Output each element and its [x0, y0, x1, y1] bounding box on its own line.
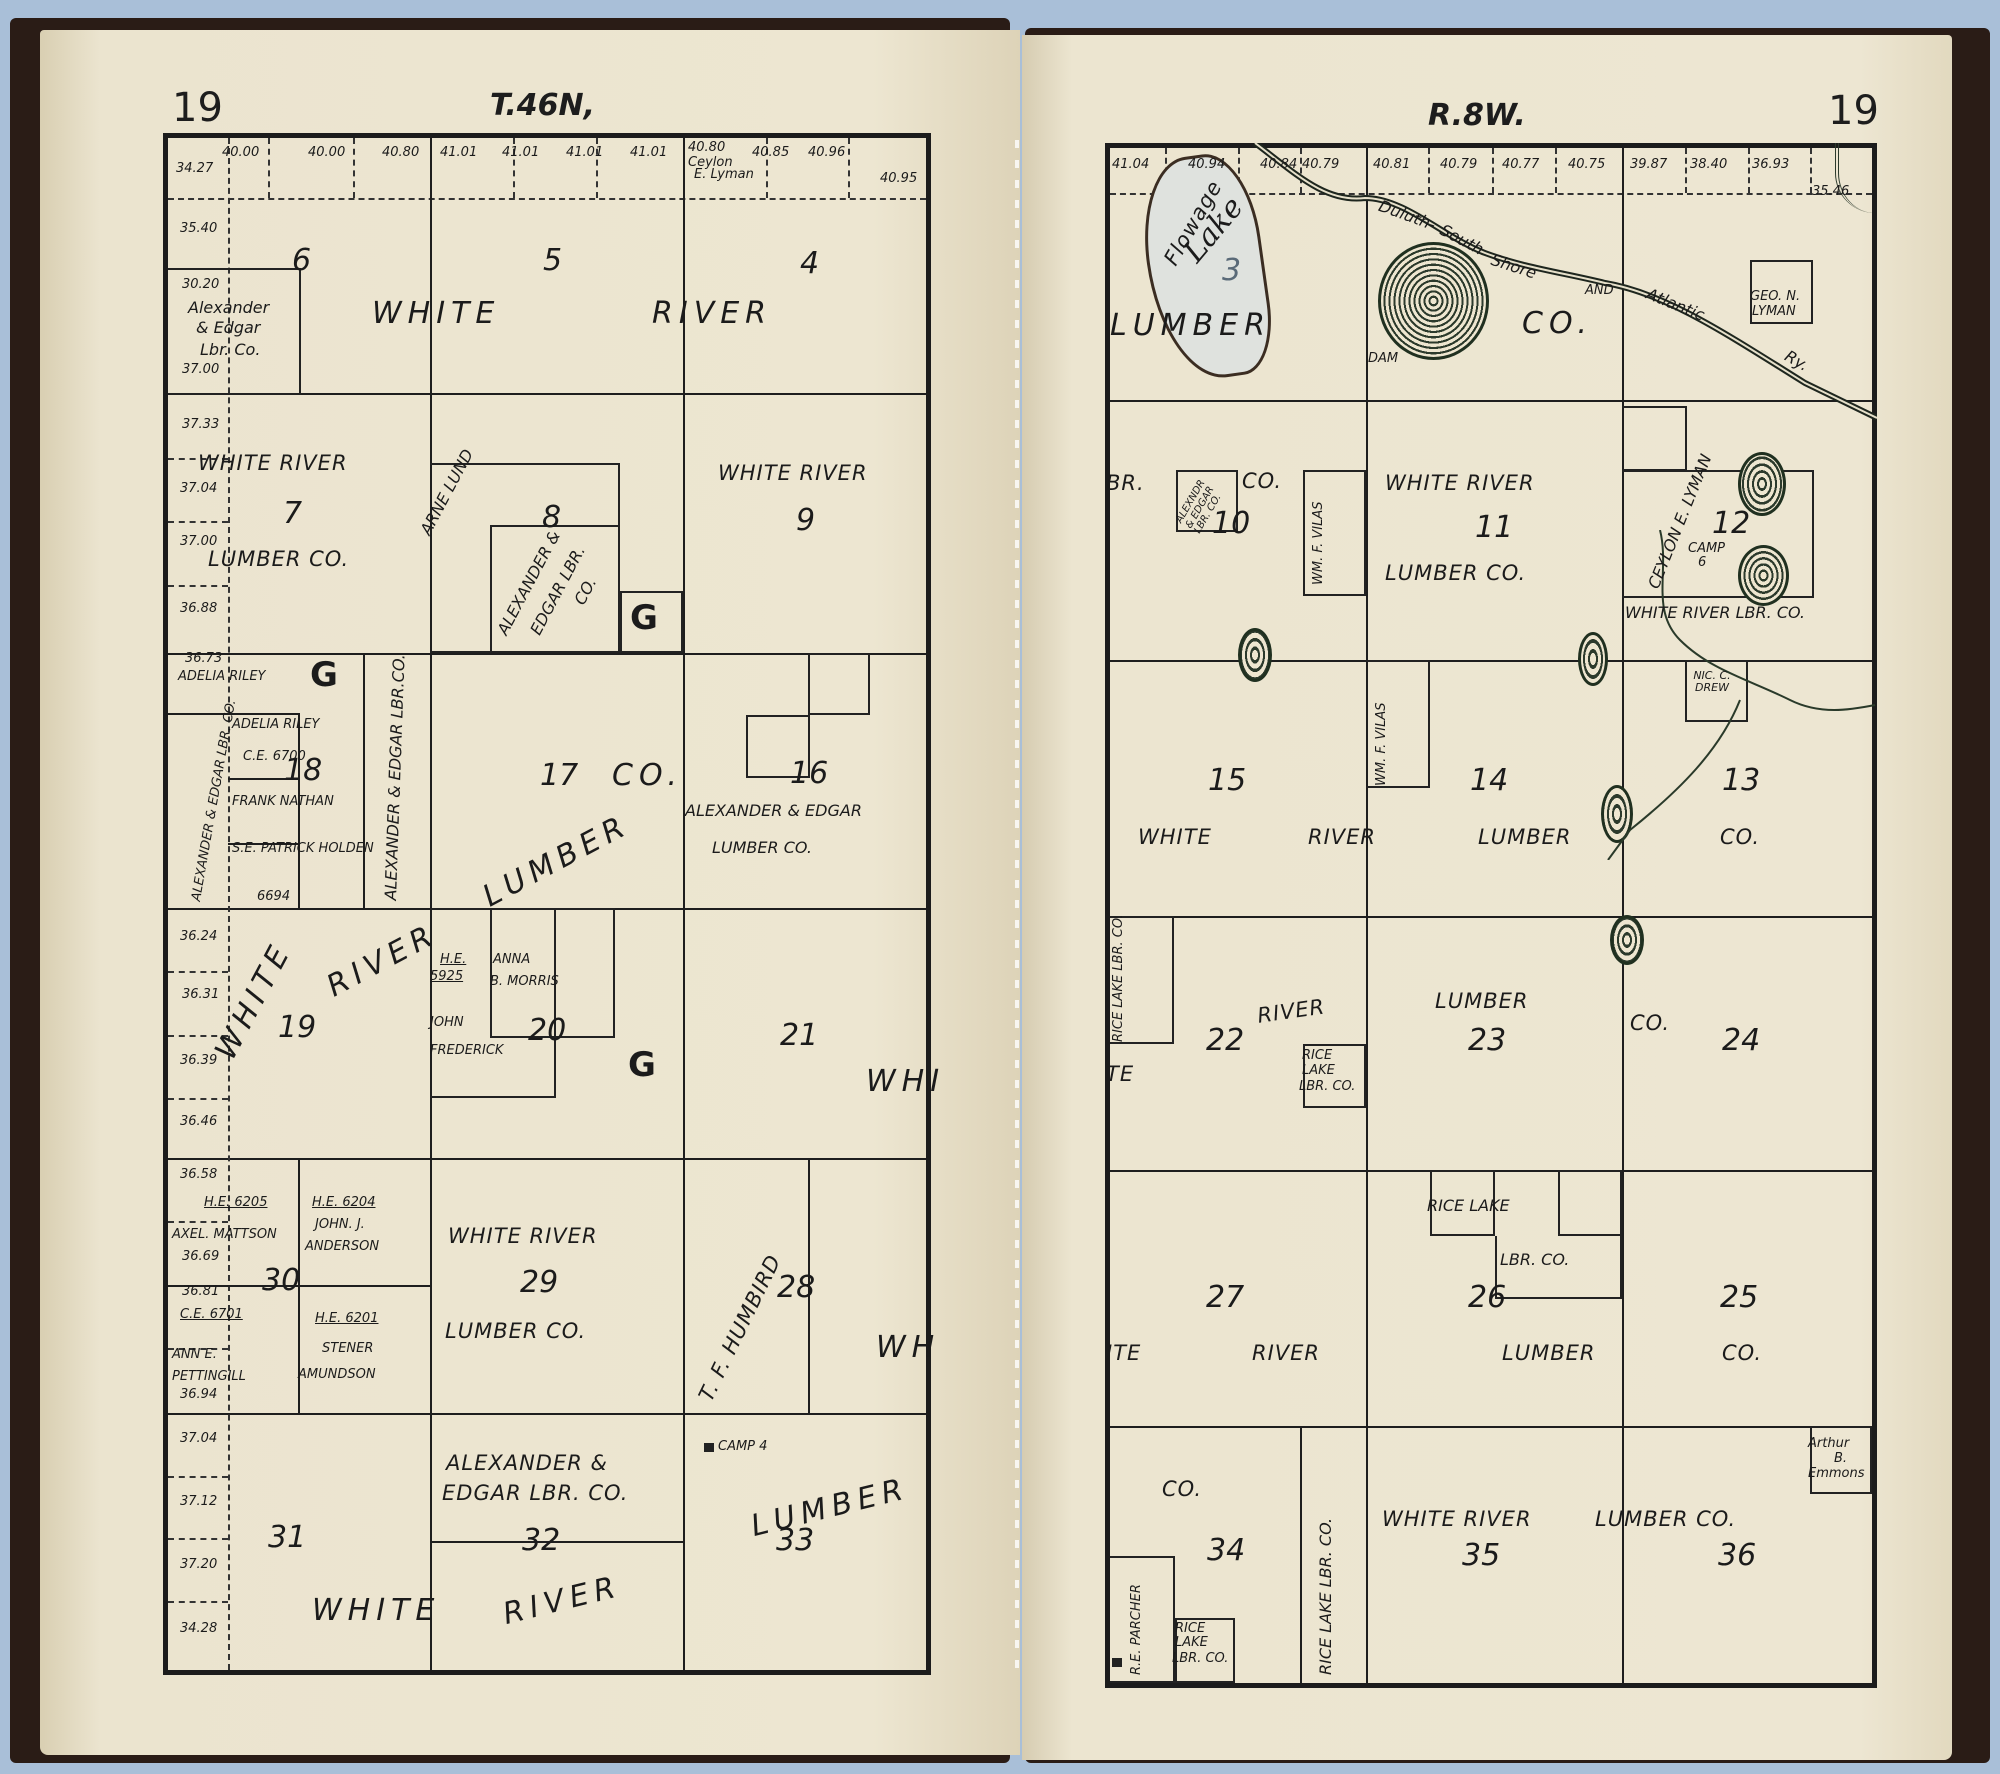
- owner-label: RIVER: [1308, 826, 1376, 848]
- section-number: 11: [1475, 512, 1513, 544]
- owner-label: LYMAN: [1752, 305, 1796, 319]
- section-number: 32: [522, 1525, 560, 1557]
- owner-label: LUMBER CO.: [1595, 1508, 1736, 1530]
- owner-label: PETTINGILL: [172, 1370, 246, 1384]
- owner-label: STENER: [322, 1342, 373, 1356]
- owner-label: LAKE: [1175, 1636, 1208, 1650]
- lot-value: 37.04: [180, 1432, 217, 1446]
- lot-value: 40.75: [1568, 158, 1605, 172]
- section-number: 21: [780, 1020, 818, 1052]
- owner-label: NIC. C. DREW: [1692, 670, 1732, 693]
- section-number: 31: [268, 1522, 306, 1554]
- owner-label: ALEXANDER &: [446, 1452, 608, 1474]
- camp-icon: [1112, 1658, 1122, 1667]
- section-number: 13: [1722, 765, 1760, 797]
- lot-value: 37.00: [182, 363, 219, 377]
- lot-value: 41.01: [502, 146, 539, 160]
- owner-label: ANN E.: [172, 1348, 217, 1362]
- lake-contour: [1610, 915, 1644, 965]
- owner-label: WHITE RIVER LBR. CO.: [1625, 605, 1805, 622]
- owner-label: Lbr. Co.: [200, 342, 260, 359]
- section-number: 4: [800, 248, 819, 280]
- homestead-entry: H.E. 6201: [315, 1312, 378, 1326]
- section-number: 9: [796, 505, 815, 537]
- lot-value: 40.00: [222, 146, 259, 160]
- owner-label: Arthur: [1808, 1437, 1849, 1451]
- owner-label: ADELIA RILEY: [178, 670, 265, 684]
- owner-label: B. MORRIS: [490, 975, 559, 989]
- lot-value: 38.40: [1690, 158, 1727, 172]
- owner-label: BR.: [1106, 472, 1145, 494]
- lot-value: 36.88: [180, 602, 217, 616]
- homestead-entry: H.E. 6204: [312, 1196, 375, 1210]
- owner-label: WM. F. VILAS: [1375, 702, 1389, 786]
- owner-label: CO.: [612, 760, 683, 792]
- binding-stitches: [1015, 140, 1019, 1680]
- cash-entry: C.E. 6701: [180, 1308, 243, 1322]
- lot-value: 40.77: [1502, 158, 1539, 172]
- lot-value: 36.69: [182, 1250, 219, 1264]
- owner-label: S.E. PATRICK HOLDEN: [232, 842, 374, 856]
- section-number: 27: [1206, 1282, 1244, 1314]
- railroad-label: AND: [1585, 284, 1614, 298]
- section-number: 35: [1462, 1540, 1500, 1572]
- owner-label: AMUNDSON: [298, 1368, 376, 1382]
- lot-value: 40.96: [808, 146, 845, 160]
- owner-label: AXEL. MATTSON: [172, 1228, 277, 1242]
- lot-value: 36.31: [182, 988, 219, 1002]
- lot-value: 40.00: [308, 146, 345, 160]
- owner-label: LUMBER CO.: [445, 1320, 586, 1342]
- owner-label: ANNA: [493, 953, 530, 967]
- owner-label: WHITE RIVER: [448, 1225, 598, 1247]
- owner-label: E. Lyman: [694, 168, 754, 182]
- camp-label: 6: [1698, 556, 1706, 570]
- lot-value: 37.12: [180, 1495, 217, 1509]
- owner-label: WHI: [866, 1066, 945, 1098]
- owner-label: JOHN: [430, 1016, 464, 1030]
- lot-value: 36.93: [1752, 158, 1789, 172]
- owner-label: LUMBER CO.: [1385, 562, 1526, 584]
- owner-label: LUMBER CO.: [712, 840, 812, 857]
- owner-label: LUMBER: [1435, 990, 1528, 1012]
- section-number: 19: [278, 1012, 316, 1044]
- section-number: 30: [262, 1265, 300, 1297]
- government-lot-marker: G: [628, 1045, 656, 1085]
- lot-value: 40.84: [1260, 158, 1297, 172]
- lot-value: 35.46: [1812, 185, 1849, 199]
- owner-label: RICE: [1175, 1622, 1205, 1636]
- lot-value: 40.95: [880, 172, 917, 186]
- section-number: 28: [777, 1272, 815, 1304]
- section-number: 24: [1722, 1025, 1760, 1057]
- owner-label: CO.: [1242, 470, 1282, 492]
- section-number: 29: [520, 1267, 558, 1299]
- section-number: 20: [528, 1015, 566, 1047]
- owner-label: Alexander: [188, 300, 269, 317]
- owner-label: CO.: [1162, 1478, 1202, 1500]
- section-number: 3: [1222, 255, 1241, 287]
- owner-label: LBR. CO.: [1299, 1080, 1355, 1094]
- section-number: 26: [1468, 1282, 1506, 1314]
- owner-label: TE: [1106, 1063, 1134, 1085]
- owner-label: LBR. CO.: [1500, 1252, 1569, 1269]
- range-title: R.8W.: [1428, 98, 1526, 133]
- lot-value: 30.20: [182, 278, 219, 292]
- section-number: 36: [1718, 1540, 1756, 1572]
- owner-label: RICE LAKE: [1427, 1198, 1510, 1215]
- owner-label: RICE LAKE LBR. CO.: [1318, 1518, 1335, 1675]
- homestead-entry: 5925: [430, 970, 463, 984]
- owner-label: RICE: [1302, 1049, 1332, 1063]
- lot-value: 40.79: [1440, 158, 1477, 172]
- owner-label: CO.: [1720, 826, 1760, 848]
- homestead-entry: H.E.: [440, 953, 466, 967]
- owner-label: LUMBER: [1110, 310, 1271, 342]
- section-number: 6: [292, 245, 311, 277]
- owner-label: WHITE RIVER: [1382, 1508, 1532, 1530]
- lot-value: 37.33: [182, 418, 219, 432]
- left-township-map: [163, 133, 931, 1675]
- lot-value: 34.28: [180, 1622, 217, 1636]
- lot-value: 36.46: [180, 1115, 217, 1129]
- owner-label: B.: [1834, 1452, 1847, 1466]
- lot-value: 40.94: [1188, 158, 1225, 172]
- camp-label: CAMP 4: [718, 1440, 767, 1454]
- owner-label: WHITE RIVER: [1385, 472, 1535, 494]
- owner-label: GEO. N.: [1750, 290, 1800, 304]
- owner-label: LUMBER CO.: [208, 548, 349, 570]
- owner-label: ALEXANDER & EDGAR: [685, 803, 862, 820]
- owner-band-river: RIVER: [652, 298, 772, 330]
- section-number: 8: [542, 502, 561, 534]
- owner-label: ITE: [1106, 1342, 1141, 1364]
- lot-value: 40.85: [752, 146, 789, 160]
- owner-label: WHITE: [312, 1595, 440, 1627]
- section-number: 16: [790, 758, 828, 790]
- right-page-number: 19: [1828, 88, 1879, 134]
- owner-band-white: WHITE: [372, 298, 500, 330]
- owner-label: WHITE RIVER: [718, 462, 868, 484]
- lot-value: 35.40: [180, 222, 217, 236]
- owner-label: RIVER: [1252, 1342, 1320, 1364]
- river-line: [1600, 530, 1880, 860]
- lake-contour: [1238, 628, 1272, 682]
- owner-label: LBR. CO.: [1172, 1652, 1228, 1666]
- left-page-number: 19: [172, 85, 223, 131]
- owner-label: Emmons: [1808, 1467, 1865, 1481]
- owner-label: WHITE RIVER: [198, 452, 348, 474]
- lot-value: 37.20: [180, 1558, 217, 1572]
- section-number: 7: [283, 498, 302, 530]
- section-number: 17: [540, 760, 578, 792]
- lot-value: 36.39: [180, 1054, 217, 1068]
- lot-value: 40.80: [382, 146, 419, 160]
- lot-value: 39.87: [1630, 158, 1667, 172]
- owner-label: LUMBER: [1478, 826, 1571, 848]
- owner-label: ADELIA RILEY: [232, 718, 319, 732]
- section-number: 34: [1207, 1535, 1245, 1567]
- lot-value: 41.01: [566, 146, 603, 160]
- owner-label: CO.: [1722, 1342, 1762, 1364]
- owner-label: 6694: [257, 890, 290, 904]
- lot-value: 36.73: [185, 652, 222, 666]
- lot-value: 40.81: [1373, 158, 1410, 172]
- section-number: 14: [1470, 765, 1508, 797]
- lot-value: 37.04: [180, 482, 217, 496]
- camp-icon: [704, 1443, 714, 1452]
- lot-value: 36.94: [180, 1388, 217, 1402]
- owner-label: LAKE: [1302, 1064, 1335, 1078]
- owner-label: & Edgar: [196, 320, 260, 337]
- owner-label: LUMBER: [1502, 1342, 1595, 1364]
- owner-label: RICE LAKE LBR. CO.: [1112, 914, 1126, 1042]
- lot-value: 41.04: [1112, 158, 1149, 172]
- lot-value: 41.01: [440, 146, 477, 160]
- lot-value: 36.24: [180, 930, 217, 944]
- section-number: 25: [1720, 1282, 1758, 1314]
- section-number: 12: [1712, 508, 1750, 540]
- owner-label: WM. F. VILAS: [1312, 501, 1326, 585]
- section-number: 10: [1212, 508, 1250, 540]
- lot-value: 36.58: [180, 1168, 217, 1182]
- section-number: 5: [543, 245, 562, 277]
- lot-value: 40.80: [688, 141, 725, 155]
- owner-label: CO.: [1522, 308, 1593, 340]
- camp-label: CAMP: [1688, 542, 1725, 556]
- government-lot-marker: G: [630, 598, 658, 638]
- owner-label: CO.: [1630, 1012, 1670, 1034]
- township-title: T.46N,: [490, 88, 595, 123]
- owner-label: WHITE: [1138, 826, 1212, 848]
- lot-value: 41.01: [630, 146, 667, 160]
- section-number: 22: [1206, 1025, 1244, 1057]
- section-number: 23: [1468, 1025, 1506, 1057]
- owner-label: EDGAR LBR. CO.: [442, 1482, 628, 1504]
- owner-label: WH: [876, 1332, 940, 1364]
- government-lot-marker: G: [310, 655, 338, 695]
- dam-label: DAM: [1368, 352, 1398, 366]
- section-number: 15: [1208, 765, 1246, 797]
- owner-label: JOHN. J.: [315, 1218, 365, 1232]
- homestead-entry: H.E. 6205: [204, 1196, 267, 1210]
- section-number: 33: [776, 1525, 814, 1557]
- lot-value: 36.81: [182, 1285, 219, 1299]
- owner-label: FREDERICK: [430, 1044, 503, 1058]
- owner-label: R.E. PARCHER: [1130, 1584, 1144, 1675]
- section-number: 18: [284, 755, 322, 787]
- lot-value: 40.79: [1302, 158, 1339, 172]
- lot-value: 34.27: [176, 162, 213, 176]
- owner-label: ANDERSON: [305, 1240, 379, 1254]
- owner-label: FRANK NATHAN: [232, 795, 334, 809]
